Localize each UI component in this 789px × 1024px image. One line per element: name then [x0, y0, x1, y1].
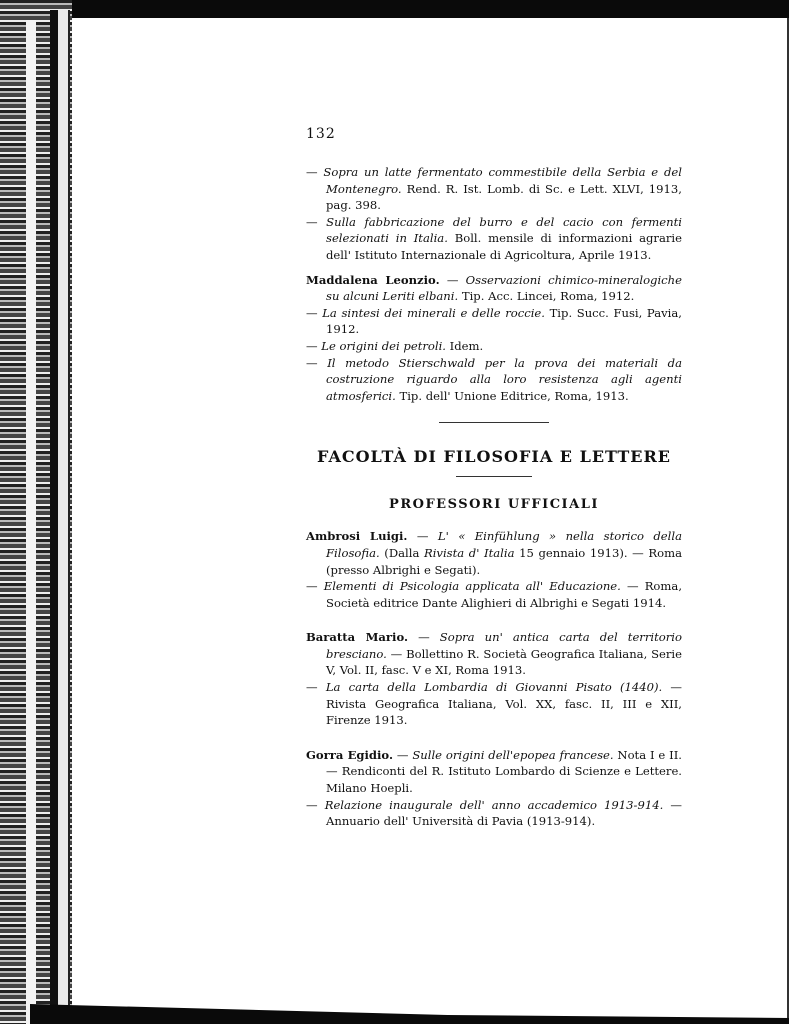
page-fold-line [68, 10, 70, 1024]
author-name: Gorra Egidio. [306, 748, 393, 762]
heading-divider [456, 476, 532, 477]
bibliography-entry: — Sulla fabbricazione del burro e del ca… [306, 214, 682, 264]
binding-strip [58, 10, 68, 1024]
author-block-gorra: Gorra Egidio. — Sulle origini dell'epope… [306, 747, 682, 830]
page-number: 132 [306, 126, 682, 142]
scan-top-border [0, 0, 789, 18]
bibliography-entry: — Le origini dei petroli. Idem. [306, 338, 682, 355]
bibliography-entry: — Relazione inaugurale dell' anno accade… [306, 797, 682, 830]
bibliography-entry: Maddalena Leonzio. — Osservazioni chimic… [306, 272, 682, 305]
faculty-heading: FACOLTÀ DI FILOSOFIA E LETTERE [306, 447, 682, 466]
binding-strip [26, 20, 36, 1024]
bibliography-entry: Ambrosi Luigi. — L' « Einfühlung » nella… [306, 528, 682, 578]
section-divider [439, 422, 549, 423]
author-name: Ambrosi Luigi. [306, 529, 407, 543]
page-content: 132 — Sopra un latte fermentato commesti… [306, 126, 682, 838]
bibliography-entry: Baratta Mario. — Sopra un' antica carta … [306, 629, 682, 679]
author-block-baratta: Baratta Mario. — Sopra un' antica carta … [306, 629, 682, 729]
author-block-maddalena: Maddalena Leonzio. — Osservazioni chimic… [306, 272, 682, 405]
bibliography-entry: — La carta della Lombardia di Giovanni P… [306, 679, 682, 729]
bibliography-entry: — Sopra un latte fermentato commestibile… [306, 164, 682, 214]
bibliography-entry: — Il metodo Stierschwald per la prova de… [306, 355, 682, 405]
scan-bottom-border [30, 1004, 789, 1024]
bibliography-entry: Gorra Egidio. — Sulle origini dell'epope… [306, 747, 682, 797]
author-name: Maddalena Leonzio. [306, 273, 440, 287]
author-name: Baratta Mario. [306, 630, 408, 644]
binding-strip [50, 10, 58, 1024]
bibliography-entry: — Elementi di Psicologia applicata all' … [306, 578, 682, 611]
continued-entries: — Sopra un latte fermentato commestibile… [306, 164, 682, 264]
author-block-ambrosi: Ambrosi Luigi. — L' « Einfühlung » nella… [306, 528, 682, 611]
section-heading: PROFESSORI UFFICIALI [306, 497, 682, 512]
bibliography-entry: — La sintesi dei minerali e delle roccie… [306, 305, 682, 338]
